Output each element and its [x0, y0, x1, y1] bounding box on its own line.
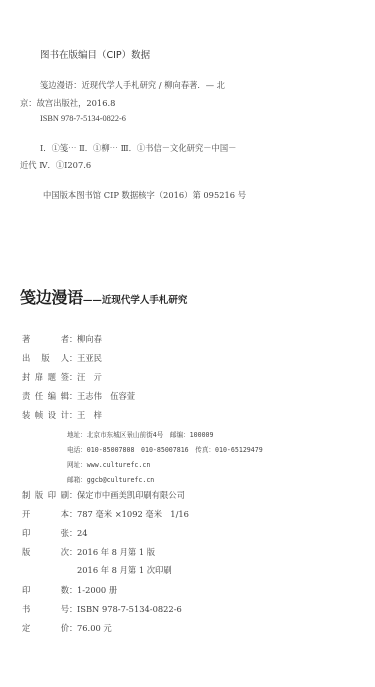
production-label: 定价 [22, 622, 69, 634]
credit-value: 王 梓 [77, 409, 102, 421]
production-value: 保定市中画美凯印刷有限公司 [77, 489, 185, 501]
credit-value: 汪 亓 [77, 371, 102, 383]
production-label: 书号 [22, 603, 69, 615]
cip-entry-line-1: 笺边漫语：近现代学人手札研究 / 柳向春著．— 北 [40, 79, 225, 91]
production-value: 787 毫米 ×1092 毫米 1/16 [77, 508, 189, 520]
colon: ： [69, 508, 77, 520]
credit-label: 责任编辑 [22, 390, 69, 402]
colon: ： [69, 352, 77, 364]
production-row-printer: 制版印刷：保定市中画美凯印刷有限公司 [22, 489, 185, 501]
credit-row-author: 著者：柳向春 [22, 333, 102, 345]
colon: ： [69, 527, 77, 539]
production-label: 印数 [22, 584, 69, 596]
book-subtitle: 近现代学人手札研究 [102, 295, 188, 306]
colon: ： [69, 622, 77, 634]
production-row-printing: 2016 年 8 月第 1 次印刷 [77, 564, 172, 576]
colon: ： [69, 371, 77, 383]
publisher-phone: 电话：010-85007808 010-85007816 传真：010-6512… [67, 444, 263, 454]
colon: ： [69, 584, 77, 596]
production-label: 版次 [22, 546, 69, 558]
production-row-edition: 版次：2016 年 8 月第 1 版 [22, 546, 155, 558]
production-value: 2016 年 8 月第 1 次印刷 [77, 564, 172, 576]
credit-value: 王亚民 [77, 352, 102, 364]
production-row-print-run: 印数：1-2000 册 [22, 584, 117, 596]
credit-row-designer: 装帧设计：王 梓 [22, 409, 102, 421]
credit-value: 柳向春 [77, 333, 102, 345]
production-value: 76.00 元 [77, 622, 112, 634]
production-value: 24 [77, 528, 88, 538]
credit-label: 出版人 [22, 352, 69, 364]
production-label: 印张 [22, 527, 69, 539]
title-dash: —— [83, 295, 102, 306]
colon: ： [69, 546, 77, 558]
production-label: 制版印刷 [22, 489, 69, 501]
credit-label: 封扉题签 [22, 371, 69, 383]
publisher-address: 地址：北京市东城区景山前街4号 邮编：100009 [67, 429, 213, 439]
colon: ： [69, 390, 77, 402]
colon: ： [69, 333, 77, 345]
production-value: 2016 年 8 月第 1 版 [77, 546, 155, 558]
cip-subject-line-2: 近代 Ⅳ．①I207.6 [20, 159, 91, 171]
production-row-isbn: 书号：ISBN 978-7-5134-0822-6 [22, 603, 182, 615]
credit-row-cover-calligraphy: 封扉题签：汪 亓 [22, 371, 102, 383]
credit-row-publisher: 出版人：王亚民 [22, 352, 102, 364]
cip-library-record: 中国版本图书馆 CIP 数据核字（2016）第 095216 号 [43, 189, 246, 201]
production-value: ISBN 978-7-5134-0822-6 [77, 604, 182, 614]
cip-subject-line-1: Ⅰ．①笺⋯ Ⅱ．①柳⋯ Ⅲ．①书信－文化研究－中国－ [40, 142, 236, 154]
publisher-website: 网址：www.culturefc.cn [67, 459, 150, 469]
credit-label: 装帧设计 [22, 409, 69, 421]
credit-value: 王志伟 伍容萱 [77, 390, 135, 402]
cip-heading: 图书在版编目（CIP）数据 [40, 47, 150, 61]
colon: ： [69, 603, 77, 615]
production-row-price: 定价：76.00 元 [22, 622, 112, 634]
publisher-email: 邮箱：ggcb@culturefc.cn [67, 474, 154, 484]
colon: ： [69, 489, 77, 501]
production-row-sheets: 印张：24 [22, 527, 88, 539]
production-label: 开本 [22, 508, 69, 520]
book-title: 笺边漫语——近现代学人手札研究 [20, 285, 187, 308]
production-row-format: 开本：787 毫米 ×1092 毫米 1/16 [22, 508, 189, 520]
credit-row-editor: 责任编辑：王志伟 伍容萱 [22, 390, 135, 402]
book-title-main: 笺边漫语 [20, 288, 83, 307]
production-value: 1-2000 册 [77, 584, 117, 596]
cip-isbn: ISBN 978-7-5134-0822-6 [40, 114, 126, 123]
cip-entry-line-2: 京：故宫出版社，2016.8 [20, 97, 115, 109]
credit-label: 著者 [22, 333, 69, 345]
colon: ： [69, 409, 77, 421]
